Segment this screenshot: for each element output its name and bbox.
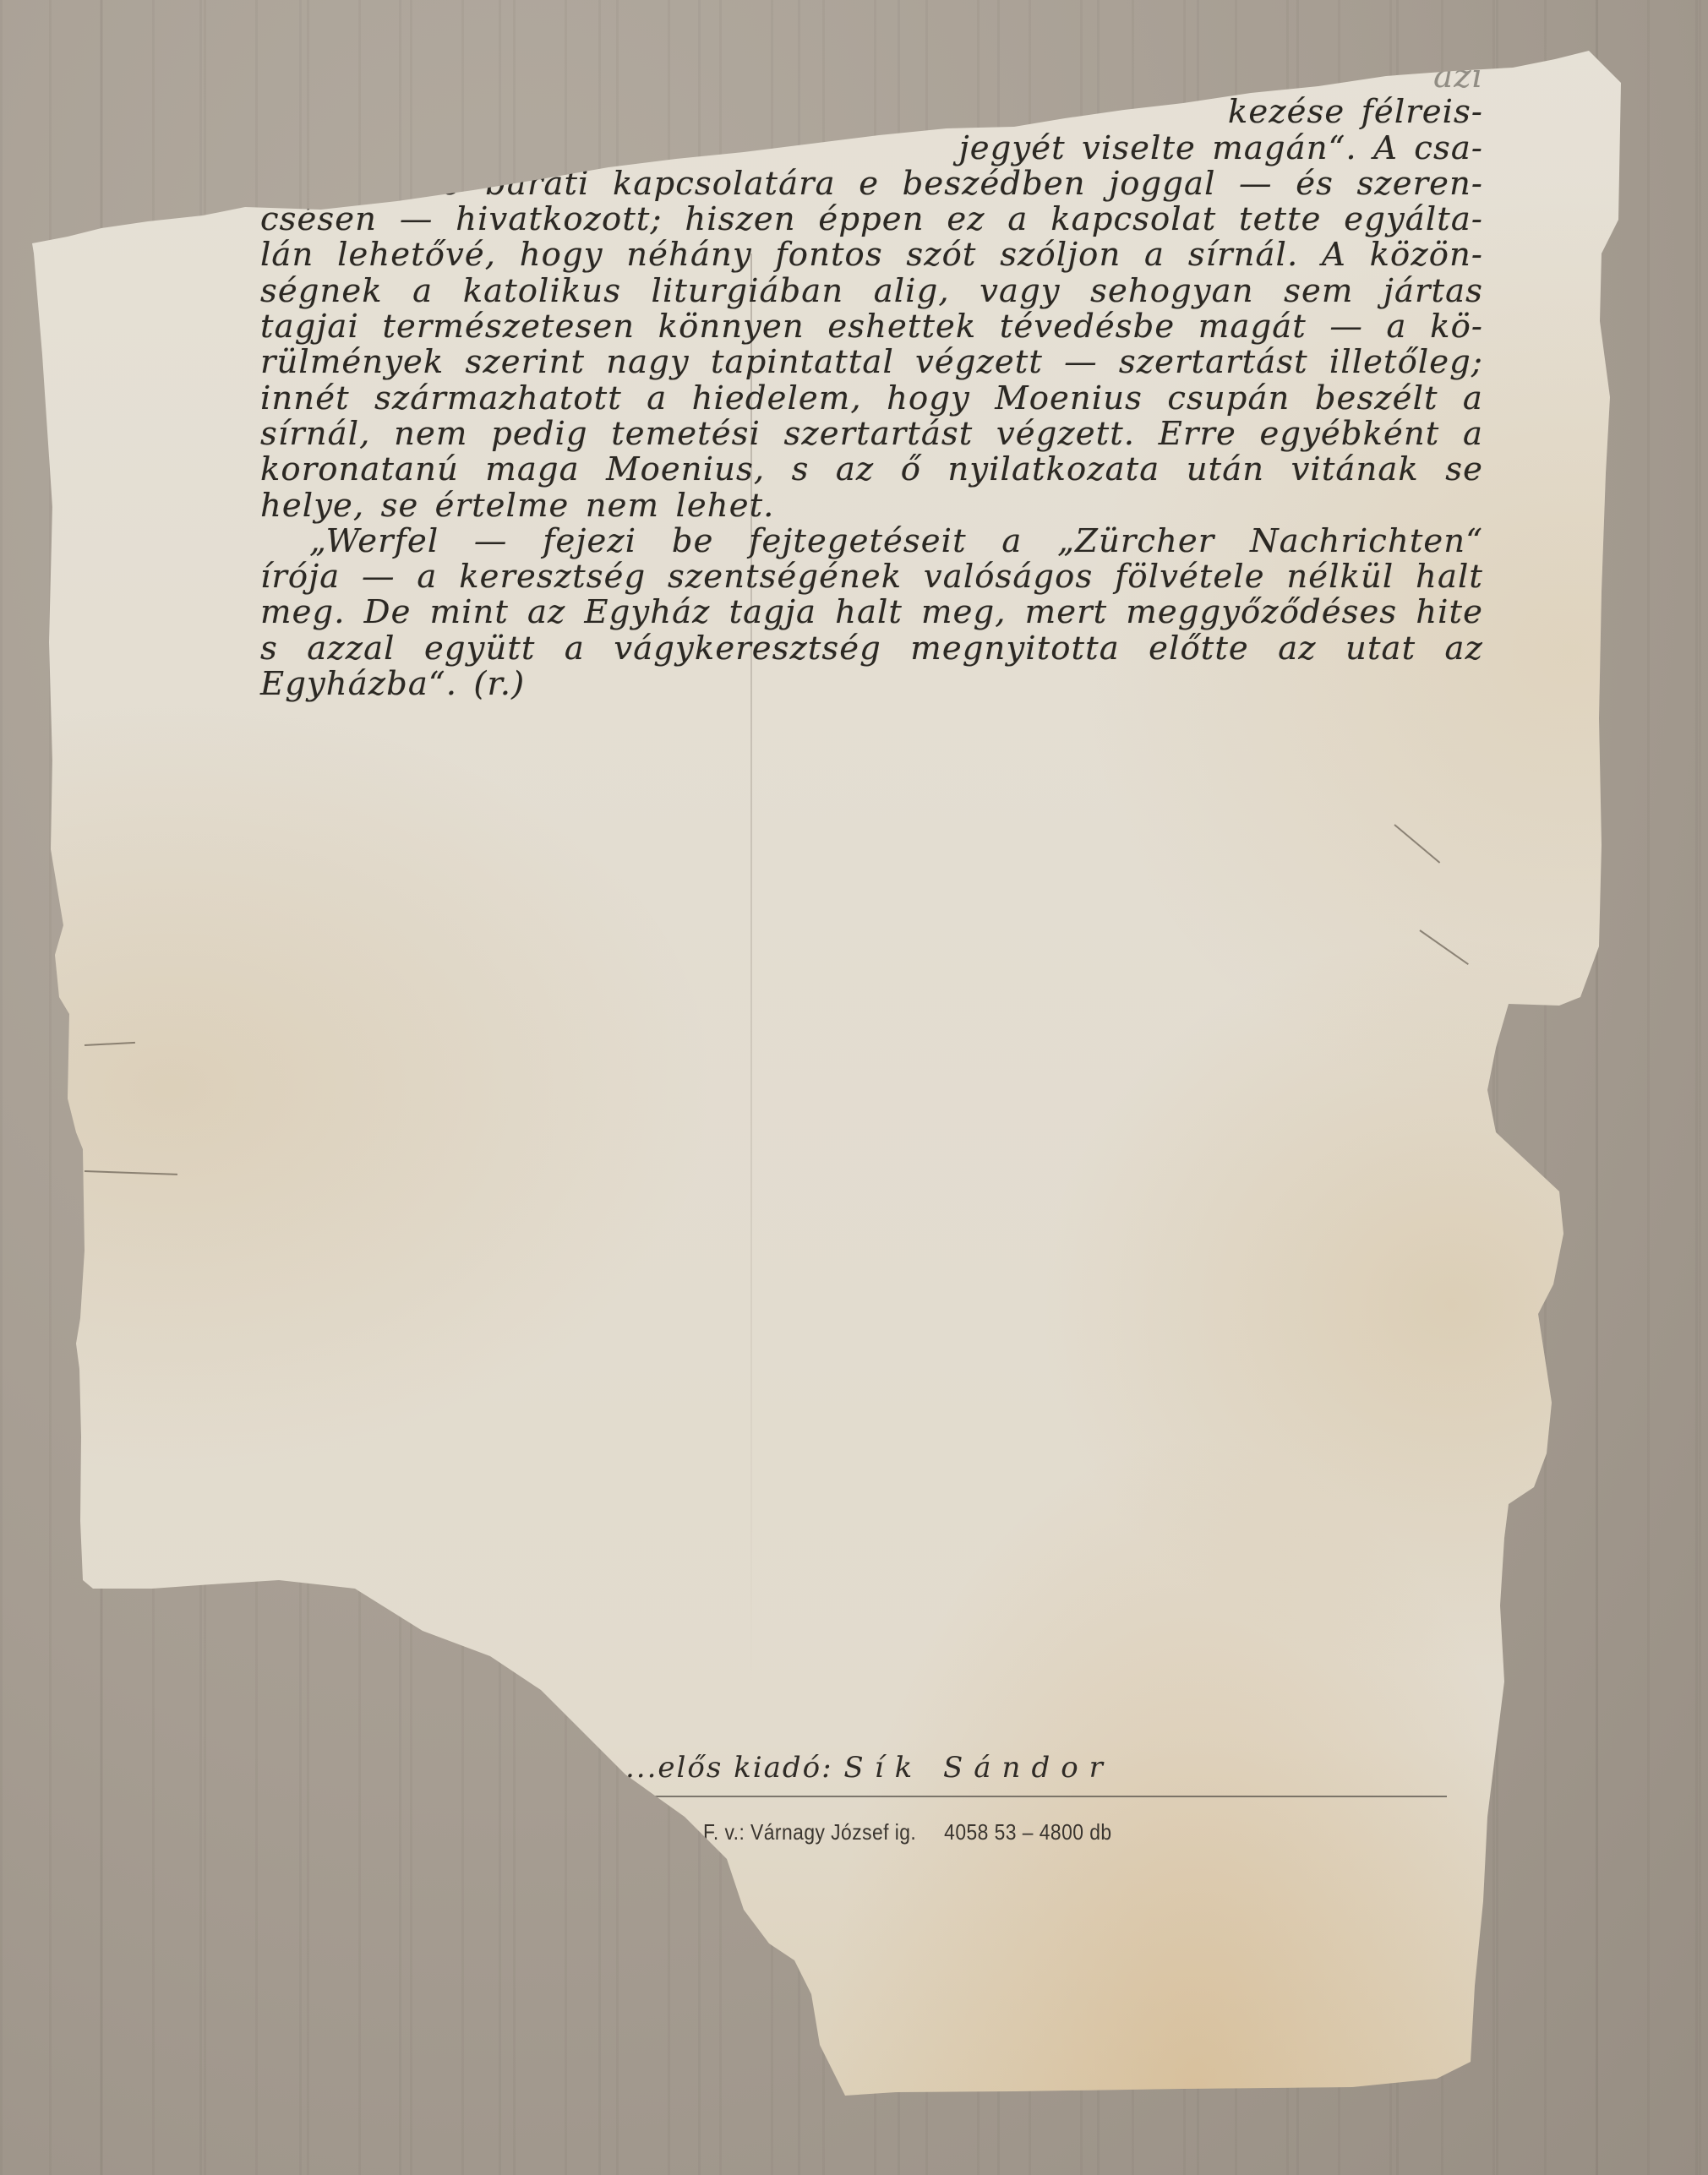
footer-divider bbox=[636, 1796, 1447, 1797]
article-line: innét származhatott a hiedelem, hogy Moe… bbox=[260, 381, 1483, 417]
printer-prefix: F. v.: bbox=[703, 1819, 745, 1845]
article-line: ségnek a katolikus liturgiában alig, vag… bbox=[260, 274, 1483, 309]
article-line: rülmények szerint nagy tapintattal végze… bbox=[260, 345, 1483, 380]
paper-crack bbox=[85, 1170, 177, 1175]
article-line: „Werfel — fejezi be fejtegetéseit a „Zür… bbox=[260, 524, 1483, 559]
printer-name: Várnagy József ig. bbox=[750, 1819, 916, 1845]
article-line: láddal való baráti kapcsolatára e beszéd… bbox=[260, 166, 1483, 202]
article-line: s azzal együtt a vágykeresztség megnyito… bbox=[260, 631, 1483, 667]
article-line: sírnál, nem pedig temetési szertartást v… bbox=[260, 417, 1483, 452]
torn-newspaper-clipping: ázi kezése félreis- jegyét viselte magán… bbox=[0, 0, 1708, 2175]
print-run-copies: 4800 db bbox=[1040, 1819, 1112, 1845]
article-line: Egyházba“. (r.) bbox=[260, 667, 1483, 702]
article-line: helye, se értelme nem lehet. bbox=[260, 488, 1483, 524]
torn-fragment-line: ázi bbox=[260, 59, 1483, 95]
article-line: meg. De mint az Egyház tagja halt meg, m… bbox=[260, 595, 1483, 630]
article-line: lán lehetővé, hogy néhány fontos szót sz… bbox=[260, 237, 1483, 273]
paper-crack bbox=[1419, 929, 1468, 965]
torn-fragment-line: kezése félreis- bbox=[260, 95, 1483, 130]
publisher-credit: ...elős kiadó: Sík Sándor bbox=[625, 1751, 1114, 1785]
article-line: írója — a keresztség szentségének valósá… bbox=[260, 559, 1483, 595]
printer-credit: F. v.: Várnagy József ig. 4058 53 – 4800… bbox=[703, 1819, 1112, 1845]
paper-crack bbox=[1394, 824, 1440, 864]
separator: – bbox=[1023, 1819, 1034, 1845]
article-line: koronatanú maga Moenius, s az ő nyilatko… bbox=[260, 452, 1483, 488]
torn-fragment-line: jegyét viselte magán“. A csa- bbox=[260, 131, 1483, 166]
article-line: tagjai természetesen könnyen eshettek té… bbox=[260, 309, 1483, 345]
print-job-number: 4058 53 bbox=[944, 1819, 1017, 1845]
article-line: csésen — hivatkozott; hiszen éppen ez a … bbox=[260, 202, 1483, 237]
article-text: ázi kezése félreis- jegyét viselte magán… bbox=[260, 95, 1483, 702]
paper-crack bbox=[85, 1042, 135, 1046]
publisher-name: Sík Sándor bbox=[843, 1751, 1114, 1785]
publisher-label: ...elős kiadó: bbox=[625, 1751, 833, 1785]
